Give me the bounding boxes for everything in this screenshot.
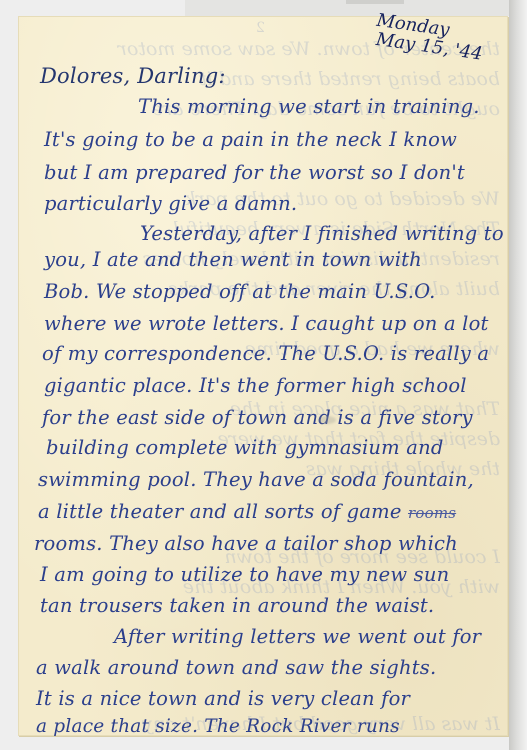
scanner-clip bbox=[346, 0, 404, 4]
letter-date: Monday May 15, '44 bbox=[372, 11, 486, 64]
letter-line-text: a little theater and all sorts of game bbox=[38, 500, 402, 523]
letter-line: where we wrote letters. I caught up on a… bbox=[44, 312, 489, 335]
letter-line: tan trousers taken in around the waist. bbox=[40, 594, 434, 617]
letter-line: Bob. We stopped off at the main U.S.O. bbox=[44, 280, 436, 303]
letter-line: Yesterday, after I finished writing to bbox=[140, 222, 504, 245]
scanner-edge bbox=[509, 0, 527, 750]
struck-word: rooms bbox=[408, 504, 456, 522]
letter-line: of my correspondence. The U.S.O. is real… bbox=[42, 342, 489, 365]
letter-line: It's going to be a pain in the neck I kn… bbox=[44, 128, 457, 151]
letter-line: gigantic place. It's the former high sch… bbox=[44, 374, 467, 397]
bleed-page-number: 2 bbox=[256, 20, 265, 36]
letter-line: rooms. They also have a tailor shop whic… bbox=[34, 532, 458, 555]
letter-line: This morning we start in training. bbox=[138, 95, 480, 118]
salutation: Dolores, Darling: bbox=[40, 64, 226, 88]
letter-line: a little theater and all sorts of game r… bbox=[38, 500, 456, 523]
letter-line: a place that size. The Rock River runs bbox=[36, 716, 400, 737]
letter-line: I am going to utilize to have my new sun bbox=[40, 563, 449, 586]
ink-smudge bbox=[318, 416, 336, 424]
letter-line: for the east side of town and is a five … bbox=[42, 406, 473, 429]
letter-line: swimming pool. They have a soda fountain… bbox=[38, 468, 474, 491]
letter-line: you, I ate and then went in town with bbox=[44, 248, 422, 271]
letter-line: particularly give a damn. bbox=[44, 192, 297, 215]
letter-line: After writing letters we went out for bbox=[114, 625, 481, 648]
letter-line: building complete with gymnasium and bbox=[46, 436, 444, 459]
letter-line: It is a nice town and is very clean for bbox=[36, 687, 410, 710]
letter-line: a walk around town and saw the sights. bbox=[36, 656, 436, 679]
letter-line: but I am prepared for the worst so I don… bbox=[44, 161, 465, 184]
letter-page: 2 the center of town. We saw some motor … bbox=[18, 16, 508, 736]
